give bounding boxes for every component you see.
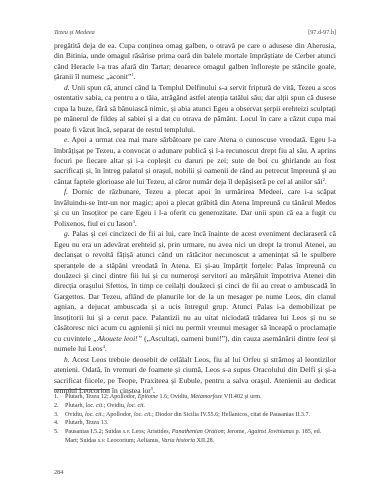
footnote-item: 2.Plutarh, loc. cit.; Ovidiu, loc. cit. (54, 402, 336, 411)
footnote-ref: 2 (323, 177, 325, 182)
footnote-ref: 5 (151, 386, 153, 391)
page-number: 284 (54, 469, 63, 476)
footnote-number: 5. (54, 428, 59, 437)
paragraph-g: g. Palas și cei cincizeci de fii ai lui,… (54, 229, 336, 354)
footnote-item: 4.Plutarh, Tezeu 13. (54, 419, 336, 428)
section-reference: [97.d-97.h] (308, 29, 336, 36)
main-text: pregătită deja de ea. Cupa conținea omag… (54, 41, 336, 396)
paragraph-e: e. Apoi a urmat cea mai mare sărbătoare … (54, 135, 336, 187)
footnote-ref: 1 (131, 72, 133, 77)
footnote-number: 3. (54, 411, 59, 420)
footnote-item: 1.Plutarh, Tezeu 12; Apollodor, Epitome … (54, 393, 336, 402)
running-header: Tezeu și Medeea [97.d-97.h] (54, 29, 336, 39)
footnote-number: 4. (54, 419, 59, 428)
paragraph-d: d. Unii spun că, atunci când la Templul … (54, 83, 336, 135)
paragraph-f: f. Dornic de răzbunare, Tezeu a plecat a… (54, 187, 336, 229)
footnote-ref: 4 (103, 344, 105, 349)
footnote-item: 5.Pausanias I.5.2; Suidas s.v. Leos; Ari… (54, 428, 336, 446)
footnote-number: 2. (54, 402, 59, 411)
footnote-item: 3.Ovidiu, loc. cit.; Apollodor, loc. cit… (54, 411, 336, 420)
footnotes: 1.Plutarh, Tezeu 12; Apollodor, Epitome … (54, 393, 336, 446)
footnote-separator (54, 389, 110, 390)
footnote-number: 1. (54, 393, 59, 402)
running-title: Tezeu și Medeea (54, 29, 95, 36)
footnote-ref: 3 (133, 219, 135, 224)
paragraph-continuation: pregătită deja de ea. Cupa conținea omag… (54, 41, 336, 83)
paragraph-h: h. Acest Leos trebuie deosebit de celăla… (54, 355, 336, 397)
